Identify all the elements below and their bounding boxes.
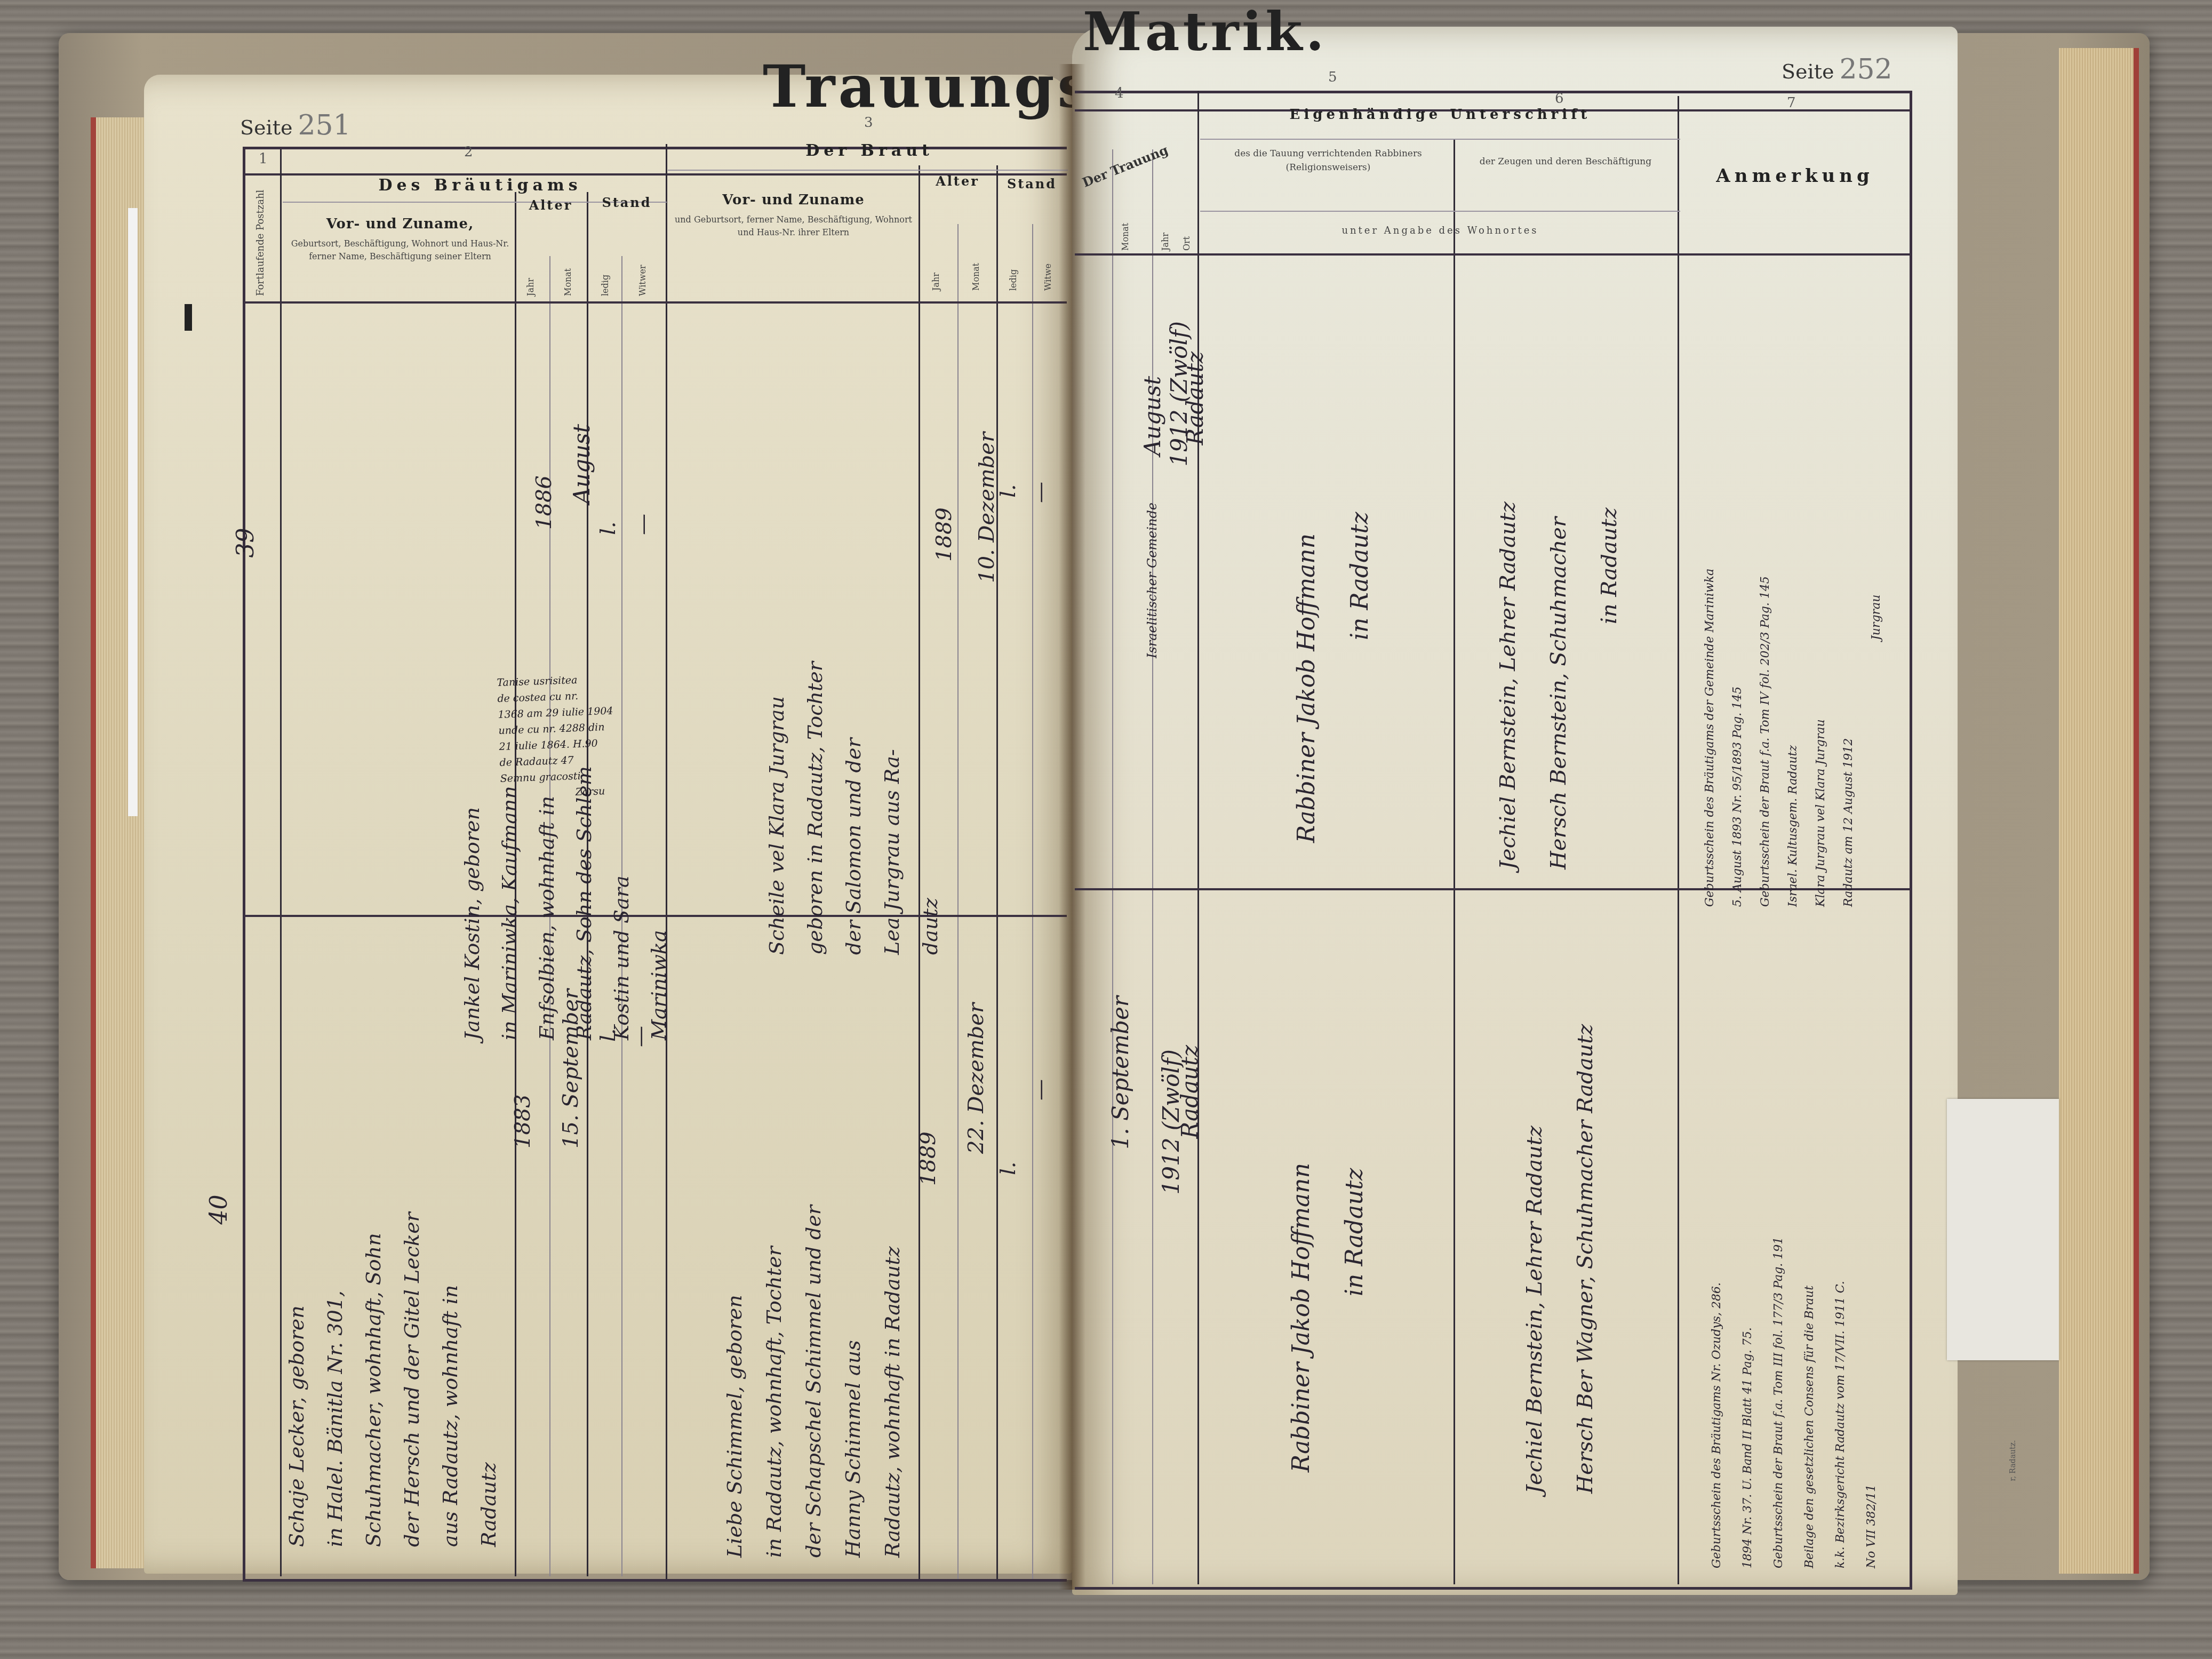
groom-details: Schaje Lecker, geboren in Halel. Bänitla… <box>277 950 512 1547</box>
groom-status-widower: — <box>628 1004 652 1047</box>
bride-birth-month: 10. Dezember <box>975 434 999 583</box>
bride-birth-month: 22. Dezember <box>964 994 988 1154</box>
groom-status-single-header: ledig <box>600 275 610 296</box>
bride-age-year-header: Jahr <box>931 273 941 291</box>
text-line: Radautz, wohnhaft in Radautz <box>873 939 912 1558</box>
text-line: aus Radautz, wohnhaft in <box>431 950 469 1547</box>
bride-name-header: Vor- und Zuname <box>672 192 915 208</box>
bride-birth-year: 1889 <box>932 476 956 562</box>
right-page-number: Seite252 <box>1782 53 1892 85</box>
text-line: Radautz am 12 August 1912 <box>1835 373 1863 907</box>
groom-name-header: Vor- und Zuname, <box>288 216 512 232</box>
page-marker <box>185 304 192 331</box>
text-line: Scheile vel Klara Jurgrau <box>757 368 796 955</box>
page-number-value: 251 <box>298 109 350 141</box>
column-number: 7 <box>1787 95 1796 111</box>
groom-birth-month: 15. September <box>558 988 583 1148</box>
groom-name-subheader: Geburtsort, Beschäftigung, Wohnort und H… <box>288 237 512 263</box>
bride-status-widow: — <box>1028 1058 1052 1100</box>
text-line: der Salomon und der <box>834 368 873 955</box>
column-number: 2 <box>464 144 473 160</box>
groom-birth-year: 1883 <box>510 1063 535 1148</box>
wedding-month: August <box>1139 317 1165 456</box>
entry-number: 39 <box>232 526 259 558</box>
text-line: Liebe Schimmel, geboren <box>715 939 754 1558</box>
register-title-right: Matrik. <box>1083 0 1327 63</box>
text-line: Jechiel Bernstein, Lehrer Radautz <box>1483 368 1534 870</box>
bride-details: Liebe Schimmel, geboren in Radautz, wohn… <box>715 939 917 1558</box>
column-number: 3 <box>864 115 873 131</box>
remark-text: Geburtsschein des Bräutigams der Gemeind… <box>1696 373 1910 907</box>
text-line: in Radautz, wohnhaft, Tochter <box>754 939 794 1558</box>
signature-header: Eigenhändige Unterschrift <box>1203 107 1678 123</box>
text-line: Geburtsschein der Braut f.a. Tom III fol… <box>1763 1035 1794 1568</box>
text-line: Lea Jurgrau aus Ra- <box>873 368 911 955</box>
witness-signatures: Jechiel Bernstein, Lehrer Radautz Hersch… <box>1510 1014 1616 1494</box>
paper-bookmark <box>128 208 138 816</box>
text-line: Israel. Kultusgem. Radautz <box>1779 373 1807 907</box>
text-line: Schaje Lecker, geboren <box>277 950 316 1547</box>
paper-sticker <box>1947 1099 2059 1360</box>
bride-status-widow: — <box>1028 460 1052 503</box>
bride-age-month-header: Monat <box>971 263 981 291</box>
groom-age-year-header: Jahr <box>525 278 536 296</box>
wedding-month: 1. September <box>1107 990 1133 1150</box>
column-number: 1 <box>259 151 268 167</box>
column-number: 4 <box>1115 85 1124 101</box>
text-line: Rabbiner Jakob Hoffmann <box>1280 363 1333 843</box>
groom-birth-month: August <box>569 397 595 504</box>
right-page-edges <box>2059 48 2139 1574</box>
text-line: Rabbiner Jakob Hoffmann <box>1275 982 1328 1472</box>
wedding-month-header: Monat <box>1120 223 1130 251</box>
page-label: Seite <box>240 116 292 139</box>
column-number: 6 <box>1555 91 1564 107</box>
text-line: Geburtsschein des Bräutigams der Gemeind… <box>1696 373 1724 907</box>
rabbi-signature: Rabbiner Jakob Hoffmann in Radautz <box>1280 363 1387 843</box>
serial-number-header: Fortlaufende Postzahl <box>255 190 266 296</box>
witness-header: der Zeugen und deren Beschäftigung <box>1459 155 1672 169</box>
rabbi-header: des die Tauung verrichtenden Rabbiners (… <box>1208 147 1448 174</box>
wedding-place-header: Ort <box>1181 236 1192 251</box>
text-line: Geburtsschein der Braut f.a. Tom IV fol.… <box>1752 373 1779 907</box>
text-line: der Schapschel Schimmel und der <box>794 939 833 1558</box>
text-line: in Radautz <box>1328 982 1381 1472</box>
text-line: der Hersch und der Gitel Lecker <box>393 950 431 1547</box>
left-page-number: Seite251 <box>240 109 351 141</box>
text-line: in Radautz <box>1333 363 1387 843</box>
bride-status-widow-header: Witwe <box>1043 264 1053 291</box>
text-line: 5. August 1893 Nr. 95/1893 Pag. 145 <box>1724 373 1752 907</box>
groom-age-header: Alter <box>517 197 584 213</box>
bride-birth-year: 1889 <box>916 1100 940 1186</box>
text-line: in Radautz <box>1584 368 1635 870</box>
page-number-value: 252 <box>1839 53 1892 85</box>
text-line: Beilage den gesetzlichen Consens für die… <box>1794 1035 1825 1568</box>
text-line: k.k. Bezirksgericht Radautz vom 17/VII. … <box>1825 1035 1856 1568</box>
wedding-year-header: Jahr <box>1160 233 1170 251</box>
text-line: Hersch Ber Wagner, Schuhmacher Radautz <box>1560 1014 1611 1494</box>
text-line: Jechiel Bernstein, Lehrer Radautz <box>1510 1014 1560 1494</box>
text-line: No VII 382/11 <box>1856 1035 1887 1568</box>
groom-status-header: Stand <box>589 195 664 210</box>
bride-age-header: Alter <box>920 173 995 189</box>
text-line: Hersch Bernstein, Schuhmacher <box>1534 368 1584 870</box>
text-line: Radautz <box>469 950 508 1547</box>
residence-note: unter Angabe des Wohnortes <box>1205 224 1675 238</box>
remark-header: Anmerkung <box>1680 165 1910 187</box>
text-line: Schuhmacher, wohnhaft, Sohn <box>354 950 393 1547</box>
wedding-place: Radautz <box>1177 1000 1203 1139</box>
wedding-place: Radautz <box>1182 307 1208 445</box>
entry-number: 40 <box>205 1193 233 1225</box>
bride-name-subheader: und Geburtsort, ferner Name, Beschäftigu… <box>672 213 915 239</box>
groom-status-single: l. <box>596 492 620 535</box>
bride-status-single: l. <box>996 1143 1020 1175</box>
groom-birth-year: 1886 <box>532 444 556 530</box>
groom-status-single: l. <box>596 1010 620 1042</box>
column-number: 5 <box>1328 69 1337 85</box>
groom-status-widower: — <box>630 482 655 535</box>
groom-header: Des Bräutigams <box>299 176 661 195</box>
bride-status-single-header: ledig <box>1008 269 1018 291</box>
text-line: Klara Jurgrau vel Klara Jurgrau <box>1807 373 1835 907</box>
bride-status-single: l. <box>996 466 1020 498</box>
text-line: 1894 Nr. 37. U. Band II Blatt 41 Pag. 75… <box>1732 1035 1763 1568</box>
bride-header: Der Braut <box>677 141 1061 160</box>
text-line: Jurgrau <box>1863 373 1890 907</box>
bride-details: Scheile vel Klara Jurgrau geboren in Rad… <box>757 368 949 955</box>
remark-text: Geburtsschein des Bräutigams Nr. Ozudys,… <box>1702 1035 1904 1568</box>
text-line: Hanny Schimmel aus <box>833 939 873 1558</box>
rabbi-signature: Rabbiner Jakob Hoffmann in Radautz <box>1275 982 1381 1472</box>
text-line: dautz <box>911 368 949 955</box>
text-line: in Halel. Bänitla Nr. 301, <box>316 950 354 1547</box>
text-line: Geburtsschein des Bräutigams Nr. Ozudys,… <box>1702 1035 1732 1568</box>
page-label: Seite <box>1782 60 1834 83</box>
groom-age-month-header: Monat <box>563 268 573 296</box>
bride-status-header: Stand <box>999 176 1065 192</box>
groom-status-widower-header: Witwer <box>637 265 648 296</box>
witness-signatures: Jechiel Bernstein, Lehrer Radautz Hersch… <box>1483 368 1643 870</box>
text-line: geboren in Radautz, Tochter <box>796 368 834 955</box>
printer-mark: r, Radautz. <box>2009 1440 2017 1481</box>
groom-marginal-note: Tanise usrisitea de costea cu nr. 1368 a… <box>497 669 656 803</box>
